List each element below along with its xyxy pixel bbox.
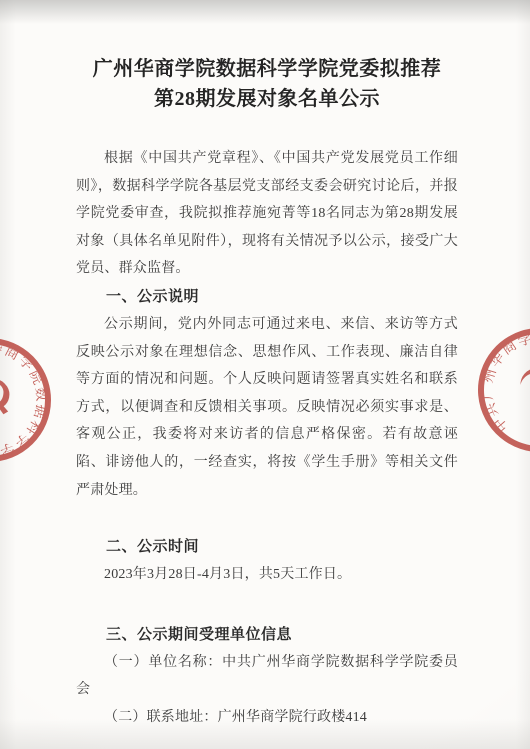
document-page: 中共广州华商学院数据科学学院委员会 ☭ 中共广州华商学院数据科学学院委员会 ☭ …: [0, 0, 530, 749]
section-3-item-contact-address: （二）联系地址：广州华商学院行政楼414: [76, 704, 458, 732]
document-body: 广州华商学院数据科学学院党委拟推荐 第28期发展对象名单公示 根据《中国共产党章…: [76, 54, 458, 732]
hammer-sickle-icon: ☭: [0, 361, 22, 438]
page-title-line-2: 第28期发展对象名单公示: [76, 84, 458, 114]
section-1-heading: 一、公示说明: [76, 283, 458, 311]
page-title-line-1: 广州华商学院数据科学学院党委拟推荐: [76, 54, 458, 84]
section-2-heading: 二、公示时间: [76, 533, 458, 561]
seal-ring: [465, 315, 530, 465]
party-seal-right: 中共广州华商学院数据科学学院委员会 ☭: [465, 315, 530, 465]
seal-rim-text: 中共广州华商学院数据科学学院委员会: [465, 315, 530, 465]
section-2-body: 2023年3月28日-4月3日，共5天工作日。: [76, 561, 458, 589]
section-1-body: 公示期间，党内外同志可通过来电、来信、来访等方式反映公示对象在理想信念、思想作风…: [76, 311, 458, 504]
section-3-heading: 三、公示期间受理单位信息: [76, 621, 458, 649]
seal-ring: [0, 330, 59, 470]
intro-paragraph: 根据《中国共产党章程》、《中国共产党发展党员工作细则》，数据科学学院各基层党支部…: [76, 145, 458, 283]
hammer-sickle-icon: ☭: [497, 348, 530, 432]
section-3-item-unit-name: （一）单位名称：中共广州华商学院数据科学学院委员会: [76, 649, 458, 704]
seal-rim-text: 中共广州华商学院数据科学学院委员会: [0, 327, 62, 472]
party-seal-left: 中共广州华商学院数据科学学院委员会 ☭: [0, 325, 64, 475]
